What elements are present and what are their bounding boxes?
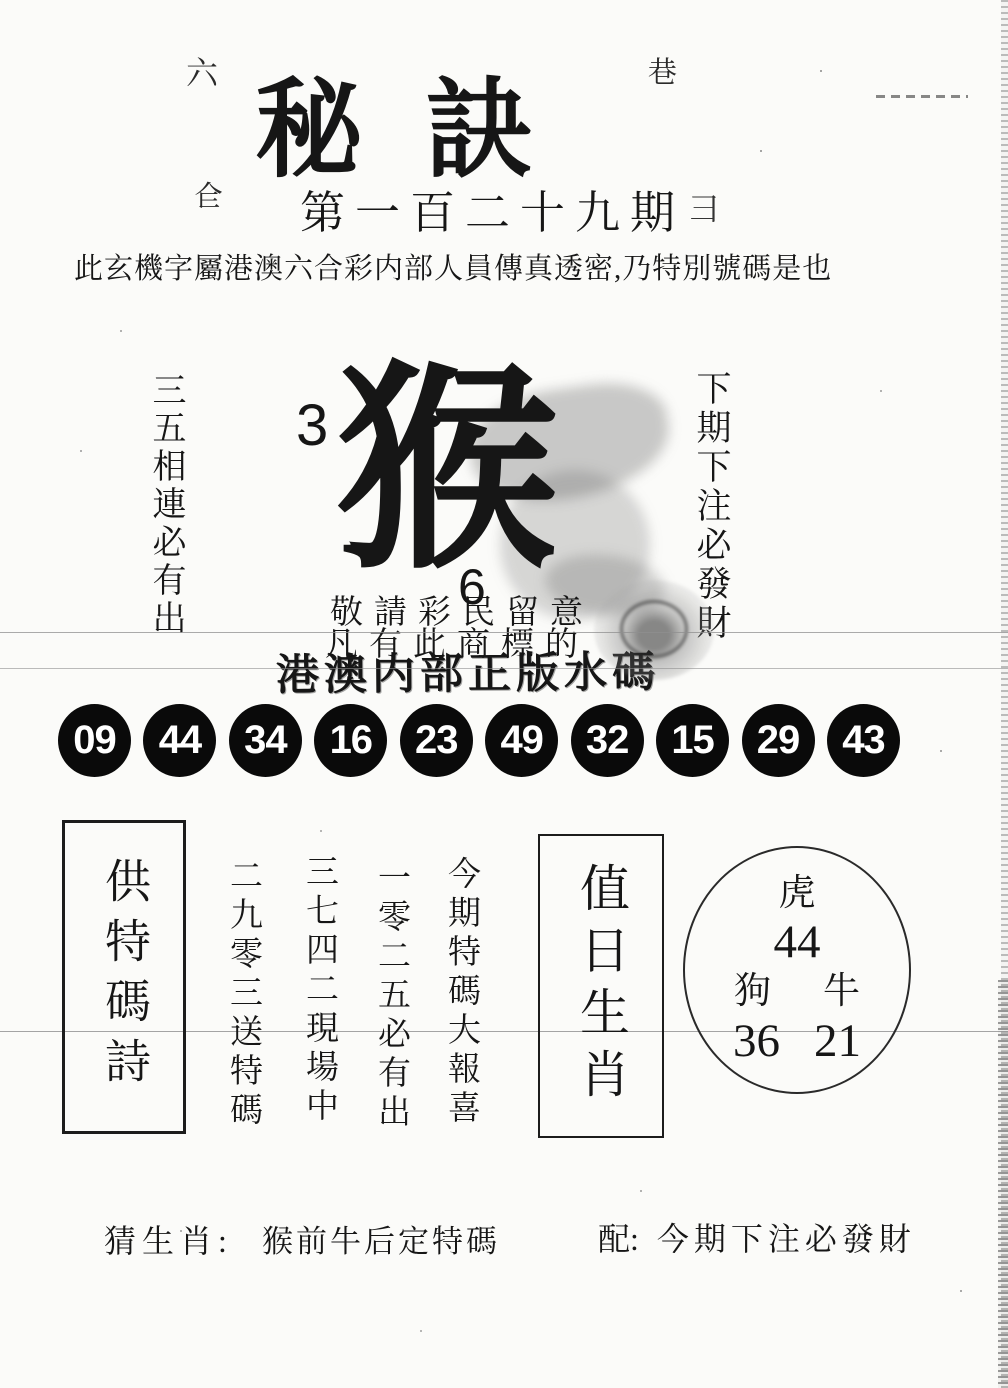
left-vertical-slogan: 三五相連必有出 (148, 372, 182, 638)
fax-scan-line (0, 632, 1008, 633)
circle-animal-top: 虎 (779, 873, 816, 916)
number-ball: 09 (58, 704, 131, 777)
poem-column-1: 二九零三送特碼 (226, 858, 259, 1131)
circle-number-right: 21 (814, 1016, 861, 1068)
issue-number: 第一百二十九期 (300, 176, 685, 241)
page-title: 秘訣 (255, 78, 595, 186)
fax-tip-sheet-page: 六 巷 仺 秘訣 第一百二十九期 彐 此玄機字屬港澳六合彩内部人員傳真透密,乃特… (0, 0, 1008, 1388)
ink-stamp-seal (594, 580, 714, 680)
zodiac-circle: 虎 44 狗 牛 36 21 (683, 846, 911, 1094)
number-ball: 23 (400, 704, 473, 777)
poem-column-2: 三七四二現場中 (302, 854, 335, 1127)
match-line: 配: 今期下注必發財 (598, 1214, 916, 1260)
special-code-poem-box: 供特碼詩 (62, 820, 186, 1134)
number-ball: 29 (742, 704, 815, 777)
number-ball: 16 (314, 704, 387, 777)
number-ball: 34 (229, 704, 302, 777)
scan-edge-artifact (998, 980, 1008, 1388)
match-value: 今期下注必發財 (657, 1214, 916, 1260)
poem-column-3: 一零二五必有出 (374, 860, 407, 1133)
poem-box-label: 供特碼詩 (101, 857, 147, 1097)
number-ball-row: 09 44 34 16 23 49 32 15 29 43 (58, 704, 900, 777)
stray-char-mid-left: 仺 (194, 174, 223, 215)
number-ball: 44 (143, 704, 216, 777)
poem-column-4: 今期特碼大報喜 (444, 856, 477, 1129)
zodiac-character-monkey: 猴 (336, 362, 558, 584)
stray-char-top-left: 六 (186, 48, 218, 94)
match-label: 配: (598, 1214, 639, 1260)
stray-char-after-issue: 彐 (688, 184, 720, 230)
circle-number-top: 44 (774, 917, 821, 969)
guess-zodiac-value: 猴前牛后定特碼 (262, 1216, 500, 1261)
guess-zodiac-label: 猜生肖: (104, 1216, 233, 1262)
circle-number-left: 36 (733, 1016, 780, 1068)
number-ball: 15 (656, 704, 729, 777)
number-ball: 32 (571, 704, 644, 777)
circle-animal-left: 狗 (734, 971, 771, 1014)
circle-animal-right: 牛 (823, 971, 860, 1014)
stray-char-top-right: 巷 (648, 50, 677, 91)
number-ball: 49 (485, 704, 558, 777)
fax-scan-line (0, 668, 1008, 669)
duty-zodiac-box: 值日生肖 (538, 834, 664, 1138)
duty-box-label: 值日生肖 (576, 862, 626, 1110)
number-ball: 43 (827, 704, 900, 777)
fax-artifact-dashes (876, 95, 968, 98)
hint-number-left: 3 (296, 392, 328, 459)
subtitle-claim-line: 此玄機字屬港澳六合彩内部人員傳真透密,乃特別號碼是也 (74, 246, 832, 287)
